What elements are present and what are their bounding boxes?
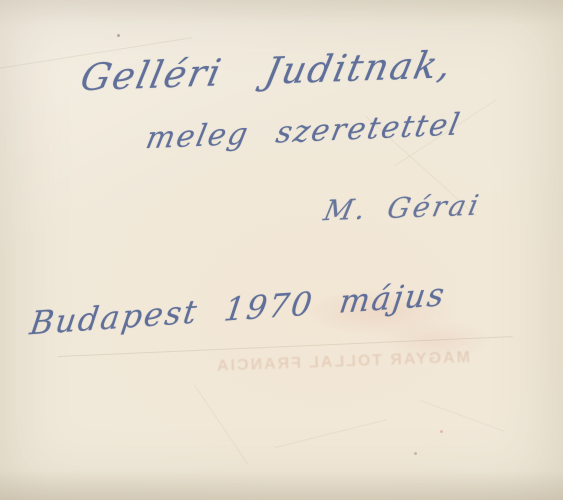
inscription-signature: M. Gérai xyxy=(321,189,484,228)
paper-crease xyxy=(420,400,505,432)
inscription-recipient-line: Gelléri Juditnak, xyxy=(77,43,457,99)
paper-crease xyxy=(194,385,248,464)
paper-speck xyxy=(414,452,417,455)
inscription-greeting-line: meleg szeretettel xyxy=(143,107,465,156)
paper-speck xyxy=(440,430,443,433)
paper-crease xyxy=(275,419,387,448)
paper-speck xyxy=(117,34,120,37)
show-through-mirrored-text: MAGYAR TOLLAL FRANCIA xyxy=(235,349,470,375)
inscription-date-line: Budapest 1970 május xyxy=(28,275,449,343)
book-page-photo: MAGYAR TOLLAL FRANCIA Gelléri Juditnak, … xyxy=(0,0,563,500)
